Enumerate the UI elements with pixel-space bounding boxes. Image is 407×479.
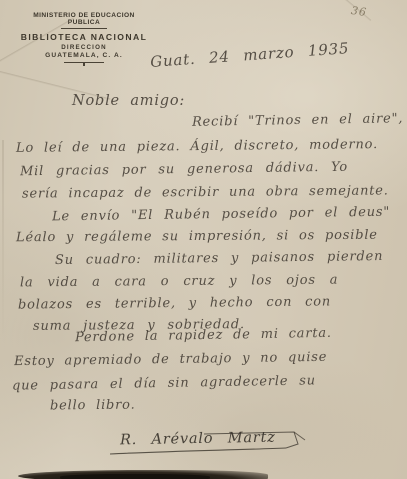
signature: R. Arévalo Martz	[120, 430, 276, 449]
letter-line: la vida a cara o cruz y los ojos a	[20, 273, 338, 291]
folio-number: 36	[350, 4, 368, 19]
paper-crease	[2, 140, 4, 340]
letterhead-location: GUATEMALA, C. A.	[20, 52, 148, 59]
letter-line: Su cuadro: militares y paisanos pierden	[55, 249, 383, 268]
letter-dateline: Guat. 24 marzo 1935	[150, 39, 350, 71]
letter-line: Recibí "Trinos en el aire",	[192, 111, 404, 130]
letter-line: Perdone la rapidez de mi carta.	[75, 326, 332, 345]
letter-line: bolazos es terrible, y hecho con con	[18, 294, 331, 312]
letterhead-divider	[61, 28, 107, 29]
letterhead-department: DIRECCION	[20, 44, 148, 51]
letter-line: que pasara el día sin agradecerle su	[12, 373, 316, 393]
letter-line: sería incapaz de escribir una obra semej…	[22, 183, 389, 201]
letterhead: MINISTERIO DE EDUCACION PUBLICA BIBLIOTE…	[20, 12, 148, 66]
letter-line: Lo leí de una pieza. Ágil, discreto, mod…	[16, 137, 378, 156]
letterhead-institution: BIBLIOTECA NACIONAL	[20, 32, 148, 42]
letter-line: Léalo y regáleme su impresión, si os pos…	[16, 228, 378, 246]
letter-line: Mil gracias por su generosa dádiva. Yo	[20, 160, 348, 180]
letterhead-ornament	[64, 62, 104, 66]
letter-line: Estoy apremiado de trabajo y no quise	[14, 350, 327, 369]
scan-edge-shadow	[60, 474, 210, 479]
letter-line: bello libro.	[50, 398, 136, 414]
letter-line: Le envío "El Rubén poseído por el deus"	[52, 205, 390, 225]
letter-salutation: Noble amigo:	[72, 93, 185, 109]
letterhead-ministry: MINISTERIO DE EDUCACION PUBLICA	[20, 12, 148, 26]
letter-scan-page: 36 MINISTERIO DE EDUCACION PUBLICA BIBLI…	[0, 0, 407, 479]
ornament-tick	[83, 63, 85, 66]
